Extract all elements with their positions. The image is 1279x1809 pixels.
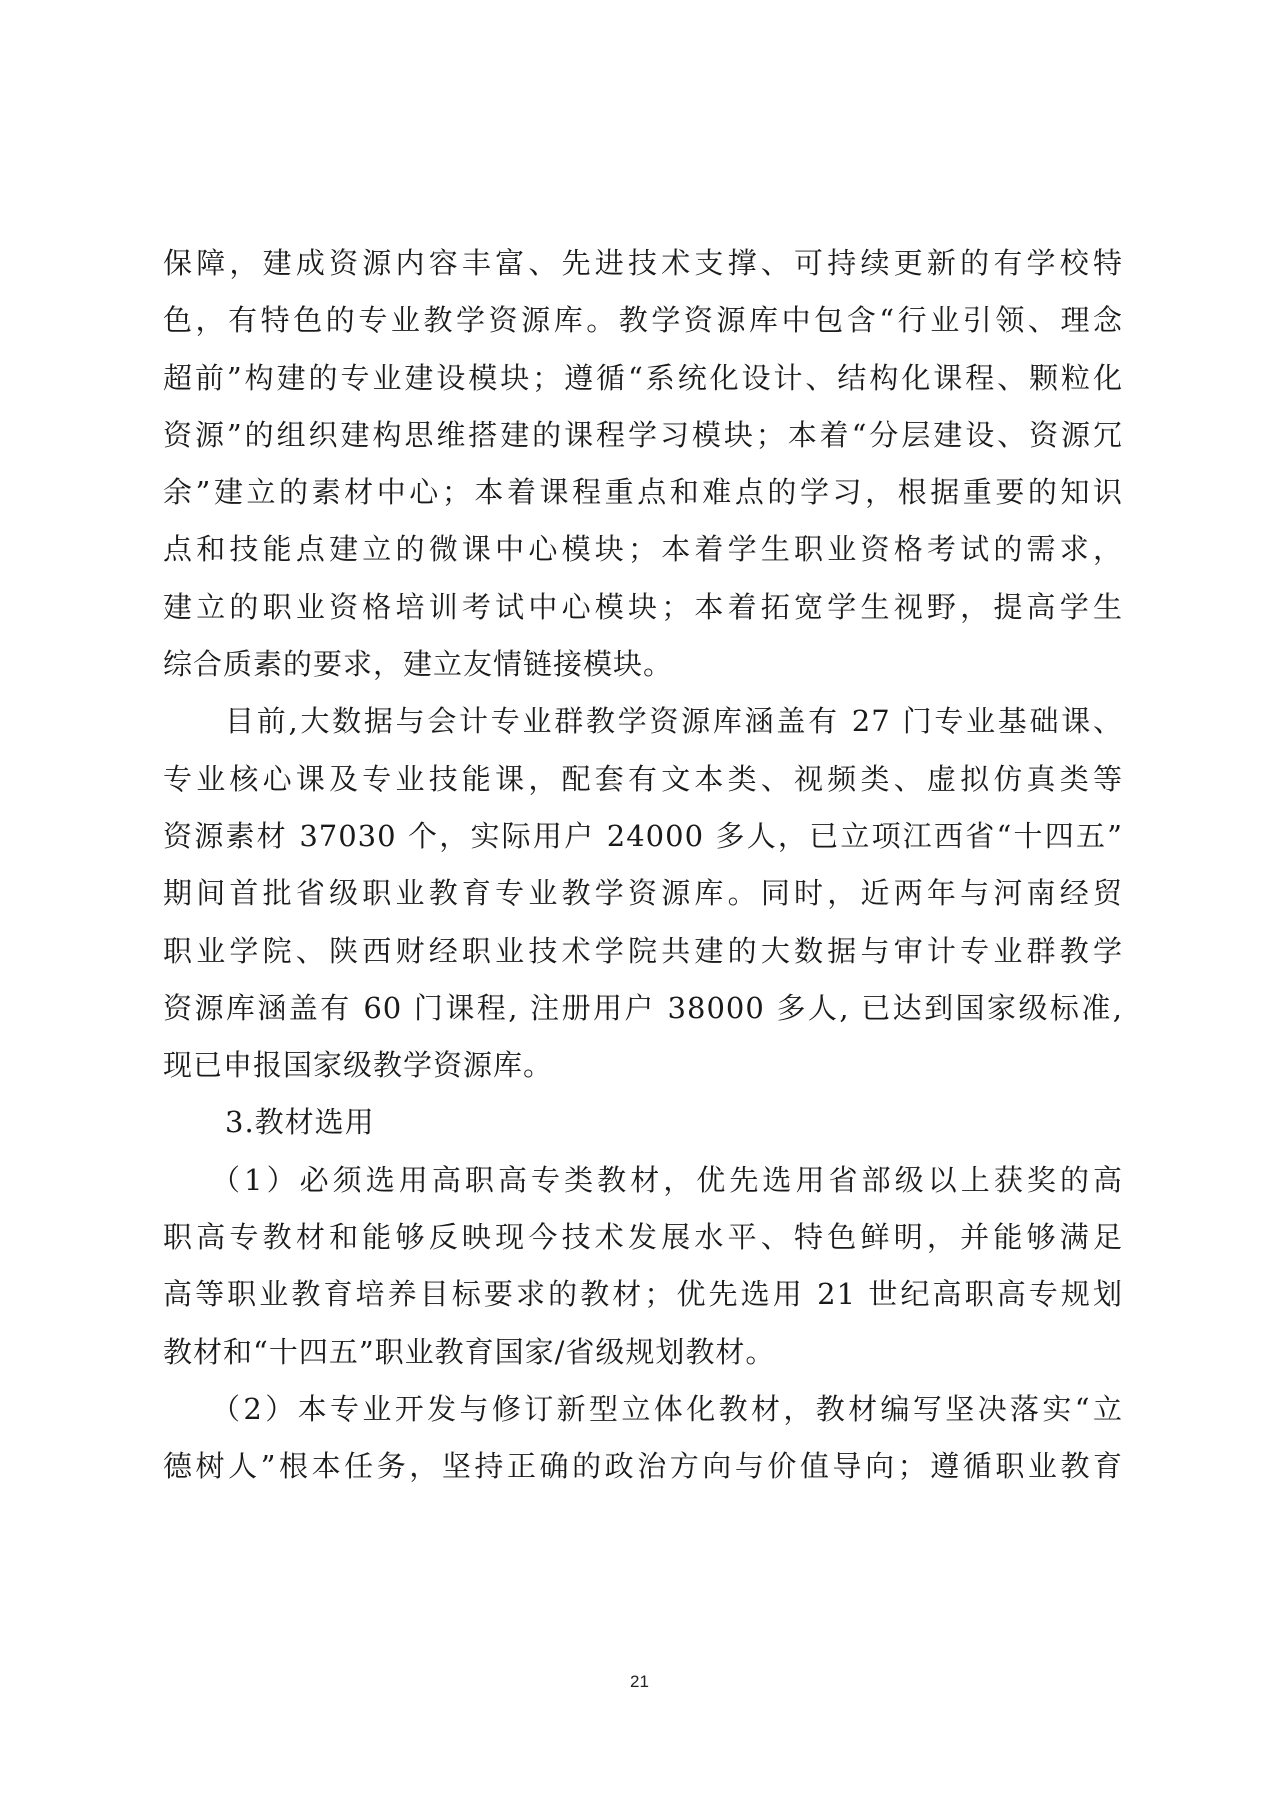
- text-line: 余”建立的素材中心；本着课程重点和难点的学习，根据重要的知识: [163, 464, 1123, 521]
- text-line: 教材和“十四五”职业教育国家/省级规划教材。: [163, 1324, 1123, 1381]
- text-line: 高等职业教育培养目标要求的教材；优先选用 21 世纪高职高专规划: [163, 1266, 1123, 1323]
- text-line: 点和技能点建立的微课中心模块；本着学生职业资格考试的需求，: [163, 521, 1123, 578]
- text-line: 职高专教材和能够反映现今技术发展水平、特色鲜明，并能够满足: [163, 1209, 1123, 1266]
- text-line: 期间首批省级职业教育专业教学资源库。同时，近两年与河南经贸: [163, 865, 1123, 922]
- section-heading: 3.教材选用: [163, 1094, 1123, 1151]
- list-item-first-line: （1）必须选用高职高专类教材，优先选用省部级以上获奖的高: [163, 1152, 1123, 1209]
- list-item-first-line: （2）本专业开发与修订新型立体化教材，教材编写坚决落实“立: [163, 1381, 1123, 1438]
- text-line: 色，有特色的专业教学资源库。教学资源库中包含“行业引领、理念: [163, 292, 1123, 349]
- text-line: 专业核心课及专业技能课，配套有文本类、视频类、虚拟仿真类等: [163, 751, 1123, 808]
- text-line: 现已申报国家级教学资源库。: [163, 1037, 1123, 1094]
- text-line: 德树人”根本任务，坚持正确的政治方向与价值导向；遵循职业教育: [163, 1438, 1123, 1495]
- text-line: 保障，建成资源内容丰富、先进技术支撑、可持续更新的有学校特: [163, 235, 1123, 292]
- text-line: 资源素材 37030 个，实际用户 24000 多人，已立项江西省“十四五”: [163, 808, 1123, 865]
- text-line: 建立的职业资格培训考试中心模块；本着拓宽学生视野，提高学生: [163, 579, 1123, 636]
- text-line: 资源”的组织建构思维搭建的课程学习模块；本着“分层建设、资源冗: [163, 407, 1123, 464]
- text-line: 资源库涵盖有 60 门课程, 注册用户 38000 多人, 已达到国家级标准,: [163, 980, 1123, 1037]
- page-number: 21: [0, 1672, 1279, 1692]
- document-page: 保障，建成资源内容丰富、先进技术支撑、可持续更新的有学校特 色，有特色的专业教学…: [0, 0, 1279, 1809]
- text-line: 职业学院、陕西财经职业技术学院共建的大数据与审计专业群教学: [163, 923, 1123, 980]
- text-line: 超前”构建的专业建设模块；遵循“系统化设计、结构化课程、颗粒化: [163, 350, 1123, 407]
- text-line: 综合质素的要求，建立友情链接模块。: [163, 636, 1123, 693]
- paragraph-first-line: 目前,大数据与会计专业群教学资源库涵盖有 27 门专业基础课、: [163, 693, 1123, 750]
- document-body: 保障，建成资源内容丰富、先进技术支撑、可持续更新的有学校特 色，有特色的专业教学…: [163, 235, 1123, 1496]
